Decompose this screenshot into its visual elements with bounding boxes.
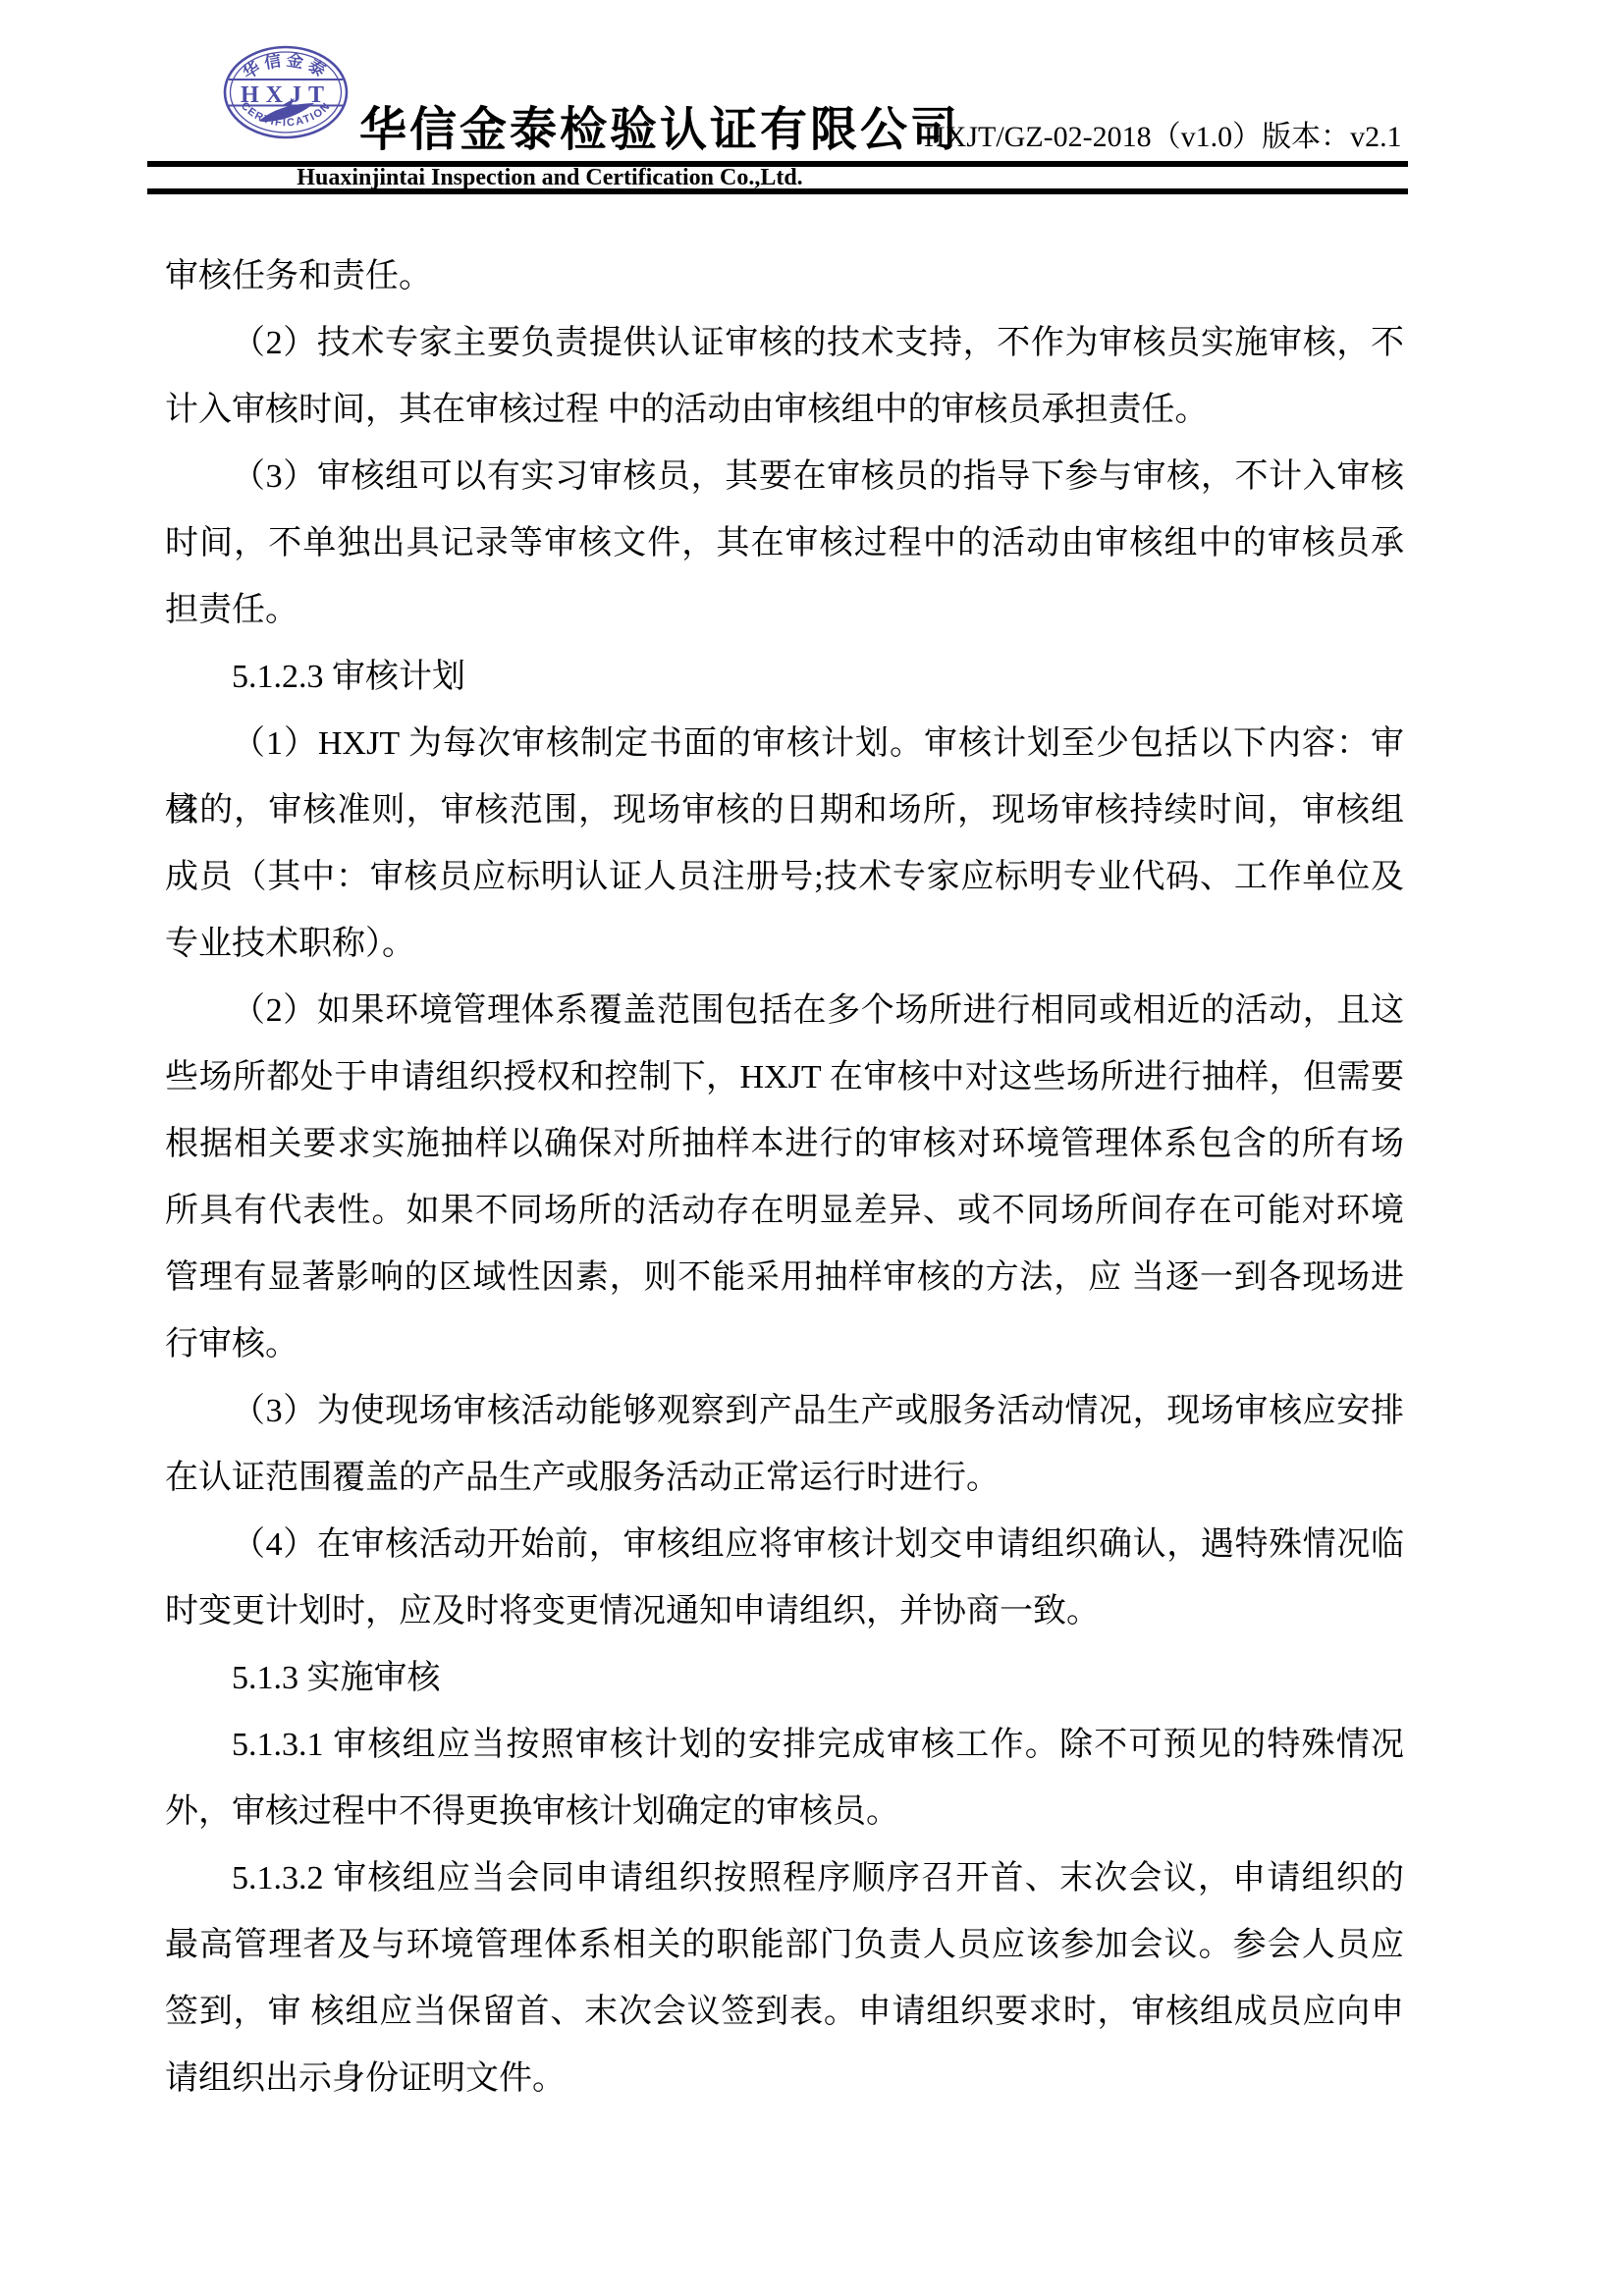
body-text-line: 成员（其中：审核员应标明认证人员注册号;技术专家应标明专业代码、工作单位及: [165, 844, 1404, 911]
body-text-line: 行审核。: [165, 1311, 1404, 1378]
body-text-line: （3）为使现场审核活动能够观察到产品生产或服务活动情况，现场审核应安排: [165, 1378, 1404, 1445]
body-text-line: （2）技术专家主要负责提供认证审核的技术支持，不作为审核员实施审核，不: [165, 310, 1404, 377]
body-text-line: 在认证范围覆盖的产品生产或服务活动正常运行时进行。: [165, 1445, 1404, 1512]
body-text-line: （1）HXJT 为每次审核制定书面的审核计划。审核计划至少包括以下内容：审核: [165, 711, 1404, 777]
body-text-line: 专业技术职称）。: [165, 911, 1404, 978]
document-body: 审核任务和责任。（2）技术专家主要负责提供认证审核的技术支持，不作为审核员实施审…: [165, 243, 1404, 2112]
body-text-line: 最高管理者及与环境管理体系相关的职能部门负责人员应该参加会议。参会人员应: [165, 1912, 1404, 1979]
body-text-line: 5.1.3 实施审核: [165, 1645, 1404, 1712]
document-page: 华信金泰 HXJT CERTIFICATION 华信金泰检验认证有限公司 HXJ…: [0, 0, 1623, 2296]
body-text-line: 外，审核过程中不得更换审核计划确定的审核员。: [165, 1779, 1404, 1845]
company-seal-logo: 华信金泰 HXJT CERTIFICATION: [222, 43, 350, 141]
body-text-line: 时变更计划时，应及时将变更情况通知申请组织，并协商一致。: [165, 1578, 1404, 1645]
body-text-line: 些场所都处于申请组织授权和控制下，HXJT 在审核中对这些场所进行抽样，但需要: [165, 1044, 1404, 1111]
body-text-line: 管理有显著影响的区域性因素，则不能采用抽样审核的方法，应 当逐一到各现场进: [165, 1245, 1404, 1311]
body-text-line: 5.1.3.2 审核组应当会同申请组织按照程序顺序召开首、末次会议，申请组织的: [165, 1845, 1404, 1912]
body-text-line: 5.1.3.1 审核组应当按照审核计划的安排完成审核工作。除不可预见的特殊情况: [165, 1712, 1404, 1779]
body-text-line: （4）在审核活动开始前，审核组应将审核计划交申请组织确认，遇特殊情况临: [165, 1512, 1404, 1578]
body-text-line: 目的，审核准则，审核范围，现场审核的日期和场所，现场审核持续时间，审核组: [165, 777, 1404, 844]
body-text-line: 请组织出示身份证明文件。: [165, 2046, 1404, 2112]
body-text-line: （2）如果环境管理体系覆盖范围包括在多个场所进行相同或相近的活动，且这: [165, 978, 1404, 1044]
body-text-line: 时间，不单独出具记录等审核文件，其在审核过程中的活动由审核组中的审核员承: [165, 510, 1404, 577]
company-name-en: Huaxinjintai Inspection and Certificatio…: [147, 166, 952, 189]
body-text-line: 所具有代表性。如果不同场所的活动存在明显差异、或不同场所间存在可能对环境: [165, 1178, 1404, 1245]
body-text-line: 计入审核时间，其在审核过程 中的活动由审核组中的审核员承担责任。: [165, 377, 1404, 444]
document-number: HXJT/GZ-02-2018（v1.0）版本：v2.1: [924, 118, 1415, 157]
company-name-cn: 华信金泰检验认证有限公司: [359, 102, 890, 159]
body-text-line: 签到，审 核组应当保留首、末次会议签到表。申请组织要求时，审核组成员应向申: [165, 1979, 1404, 2046]
body-text-line: 审核任务和责任。: [165, 243, 1404, 310]
header-rule-bottom: [147, 188, 1408, 194]
body-text-line: 根据相关要求实施抽样以确保对所抽样本进行的审核对环境管理体系包含的所有场: [165, 1111, 1404, 1178]
body-text-line: 5.1.2.3 审核计划: [165, 644, 1404, 711]
body-text-line: 担责任。: [165, 577, 1404, 644]
body-text-line: （3）审核组可以有实习审核员，其要在审核员的指导下参与审核，不计入审核: [165, 444, 1404, 510]
